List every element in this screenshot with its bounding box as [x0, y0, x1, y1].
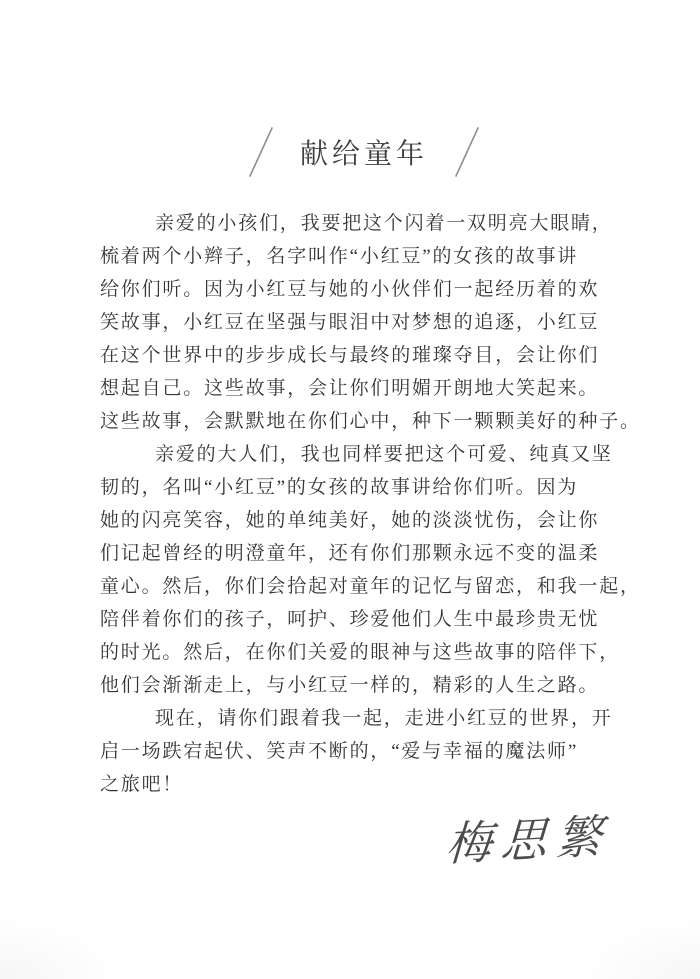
body-line: 现在，请你们跟着我一起，走进小红豆的世界，开: [100, 702, 641, 735]
dedication-header: 献给童年: [248, 126, 480, 178]
book-page: 献给童年 亲爱的小孩们，我要把这个闪着一双明亮大眼睛， 梳着两个小辫子，名字叫作…: [0, 0, 700, 979]
body-line: 他们会渐渐走上，与小红豆一样的，精彩的人生之路。: [100, 669, 641, 702]
body-line: 亲爱的大人们，我也同样要把这个可爱、纯真又坚: [100, 438, 641, 471]
body-line: 她的闪亮笑容，她的单纯美好，她的淡淡忧伤，会让你: [100, 504, 641, 537]
body-line: 亲爱的小孩们，我要把这个闪着一双明亮大眼睛，: [100, 207, 641, 240]
body-line: 陪伴着你们的孩子，呵护、珍爱他们人生中最珍贵无忧: [100, 603, 641, 636]
body-line: 给你们听。因为小红豆与她的小伙伴们一起经历着的欢: [100, 273, 641, 306]
dedication-body: 亲爱的小孩们，我要把这个闪着一双明亮大眼睛， 梳着两个小辫子，名字叫作“小红豆”…: [100, 207, 641, 801]
body-line: 启一场跌宕起伏、笑声不断的，“爱与幸福的魔法师”: [100, 735, 641, 768]
slash-icon: [248, 126, 274, 178]
body-line: 之旅吧！: [100, 768, 641, 801]
body-line: 笑故事，小红豆在坚强与眼泪中对梦想的追逐，小红豆: [100, 306, 641, 339]
body-line: 想起自己。这些故事，会让你们明媚开朗地大笑起来。: [100, 372, 641, 405]
body-line: 这些故事，会默默地在你们心中，种下一颗颗美好的种子。: [100, 405, 641, 438]
body-line: 的时光。然后，在你们关爱的眼神与这些故事的陪伴下，: [100, 636, 641, 669]
author-signature: 梅思繁: [444, 800, 612, 875]
body-line: 们记起曾经的明澄童年，还有你们那颗永远不变的温柔: [100, 537, 641, 570]
slash-icon: [454, 126, 480, 178]
body-line: 梳着两个小辫子，名字叫作“小红豆”的女孩的故事讲: [100, 240, 641, 273]
body-line: 在这个世界中的步步成长与最终的璀璨夺目，会让你们: [100, 339, 641, 372]
body-line: 童心。然后，你们会拾起对童年的记忆与留恋，和我一起，: [100, 570, 641, 603]
body-line: 韧的，名叫“小红豆”的女孩的故事讲给你们听。因为: [100, 471, 641, 504]
dedication-title: 献给童年: [300, 132, 428, 172]
